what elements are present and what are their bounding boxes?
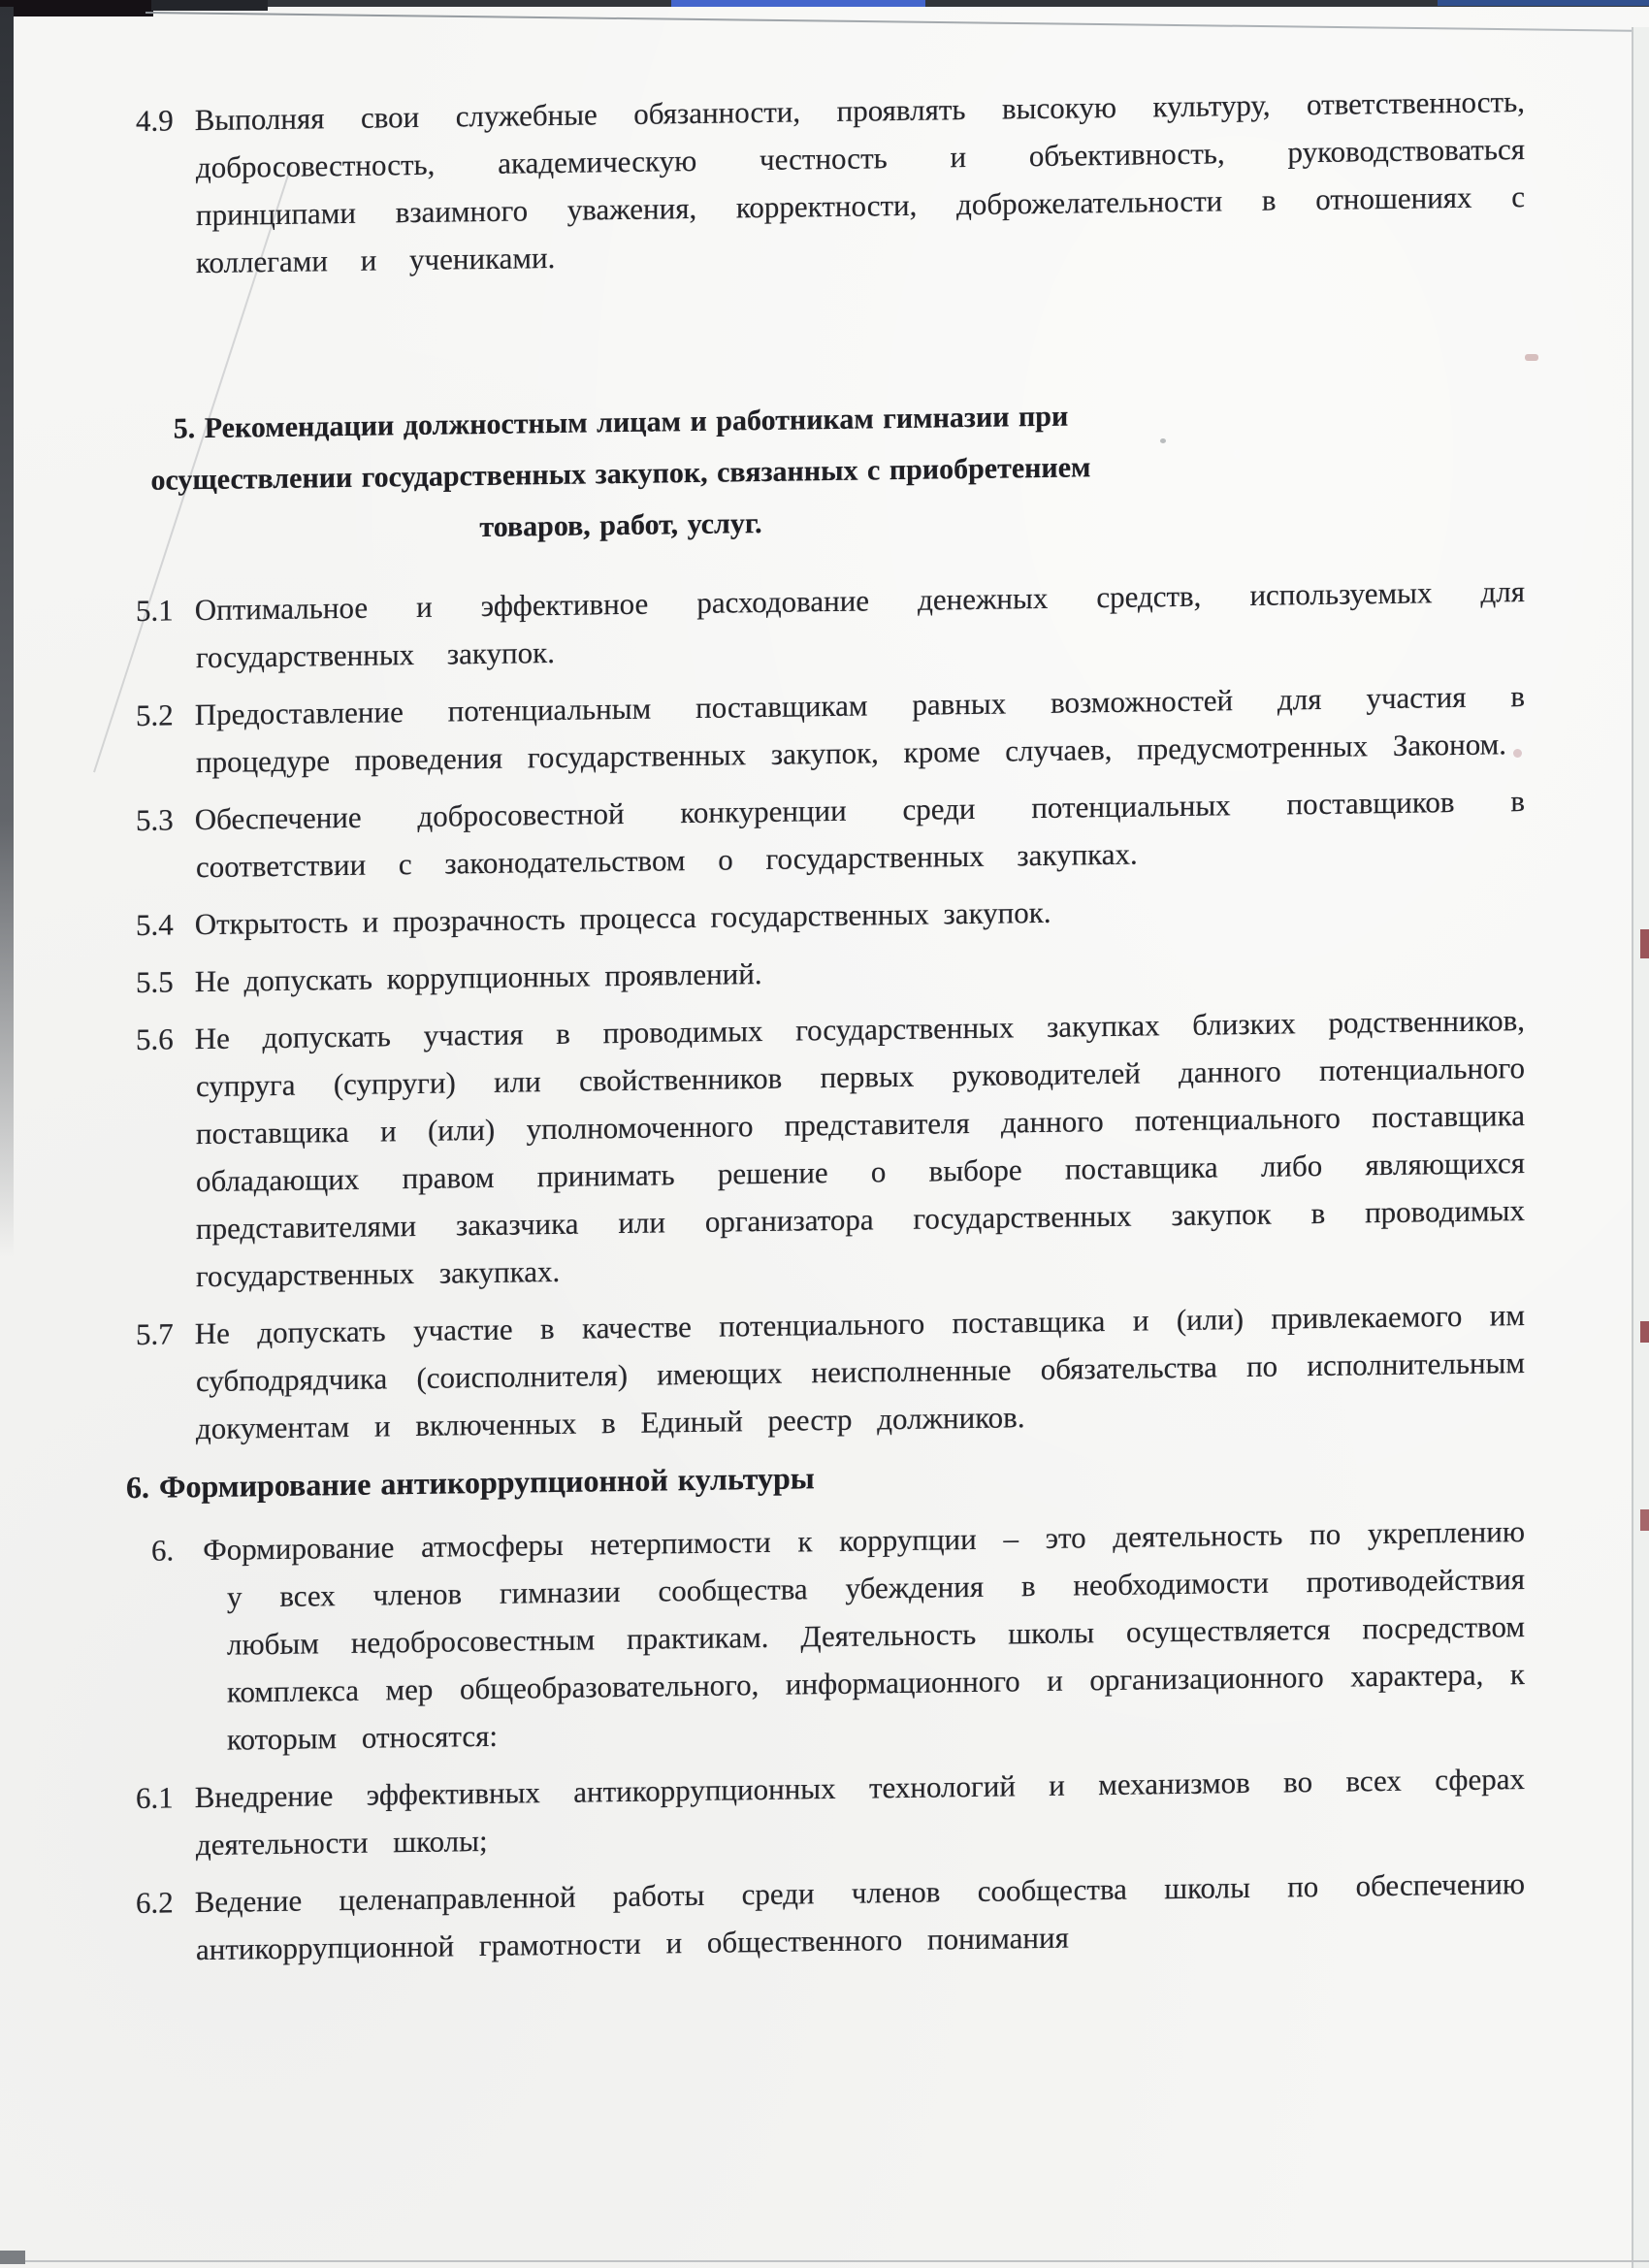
clause-text: Не допускать участие в качестве потенциа… (195, 1298, 1525, 1445)
paper-bottom-edge-line (0, 2260, 1649, 2262)
clause-number: 6.1 (136, 1780, 174, 1815)
clause-text: Оптимальное и эффективное расходование д… (195, 574, 1525, 674)
scanner-edge-left (0, 7, 14, 1258)
clause-text: Обеспечение добросовестной конкуренции с… (195, 784, 1525, 884)
clause-4-9: 4.9Выполняя свои служебные обязанности, … (136, 78, 1525, 287)
clause-text: Предоставление потенциальным поставщикам… (195, 679, 1525, 779)
clause-text: Не допускать участия в проводимых госуда… (195, 1003, 1525, 1293)
clause-text: Ведение целенаправленной работы среди чл… (195, 1866, 1525, 1966)
clause-text: Внедрение эффективных антикоррупционных … (195, 1762, 1525, 1862)
clause-5-2: 5.2Предоставление потенциальным поставщи… (136, 672, 1525, 787)
scanner-edge-top-left-taper (151, 0, 268, 11)
clause-6-2: 6.2Ведение целенаправленной работы среди… (136, 1860, 1525, 1974)
scanner-edge-blue-mark (671, 0, 925, 7)
paper-fold-line (1632, 27, 1633, 2268)
clause-number: 6. (151, 1533, 174, 1567)
paper-right-margin-shade (1633, 27, 1649, 2268)
red-edge-mark-2 (1640, 1321, 1649, 1343)
clause-5-6: 5.6Не допускать участия в проводимых гос… (136, 996, 1525, 1301)
scanner-edge-blue-mark-right (1438, 0, 1649, 6)
clause-number: 5.6 (136, 1021, 174, 1056)
clause-text: Выполняя свои служебные обязанности, про… (195, 84, 1525, 279)
clause-text: Открытость и прозрачность процесса госуд… (195, 895, 1051, 941)
clause-5-5: 5.5Не допускать коррупционных проявлений… (136, 939, 1525, 1006)
section-5-heading: 5. Рекомендации должностным лицам и рабо… (136, 390, 1106, 558)
document-text-block: 4.9Выполняя свои служебные обязанности, … (136, 78, 1525, 1984)
scanner-edge-top-left-corner (0, 0, 153, 16)
paper-top-edge-line (145, 12, 1649, 32)
clause-text: Не допускать коррупционных проявлений. (195, 956, 762, 998)
red-edge-mark-1 (1640, 929, 1649, 958)
clause-5-7: 5.7Не допускать участие в качестве потен… (136, 1291, 1525, 1453)
section-6-heading: 6. Формирование антикоррупционной культу… (126, 1443, 1525, 1511)
clause-number: 6.2 (136, 1885, 174, 1920)
clause-number: 5.2 (136, 697, 174, 732)
clause-text: Формирование атмосферы нетерпимости к ко… (203, 1514, 1525, 1757)
red-edge-mark-3 (1640, 1509, 1649, 1531)
clause-number: 5.5 (136, 964, 174, 999)
clause-number: 5.7 (136, 1316, 174, 1351)
clause-5-4: 5.4Открытость и прозрачность процесса го… (136, 882, 1525, 949)
clause-number: 4.9 (136, 103, 174, 138)
clause-6-1: 6.1Внедрение эффективных антикоррупционн… (136, 1755, 1525, 1869)
clause-number: 5.1 (136, 593, 174, 628)
clause-number: 5.4 (136, 907, 174, 942)
clause-5-3: 5.3Обеспечение добросовестной конкуренци… (136, 777, 1525, 891)
scanner-edge-bottom-left (0, 2251, 25, 2264)
clause-6: 6.Формирование атмосферы нетерпимости к … (151, 1507, 1525, 1765)
scan-smudge-1 (1525, 354, 1538, 361)
scanned-document-page: 4.9Выполняя свои служебные обязанности, … (0, 0, 1649, 2268)
clause-5-1: 5.1Оптимальное и эффективное расходовани… (136, 567, 1525, 682)
clause-number: 5.3 (136, 802, 174, 837)
